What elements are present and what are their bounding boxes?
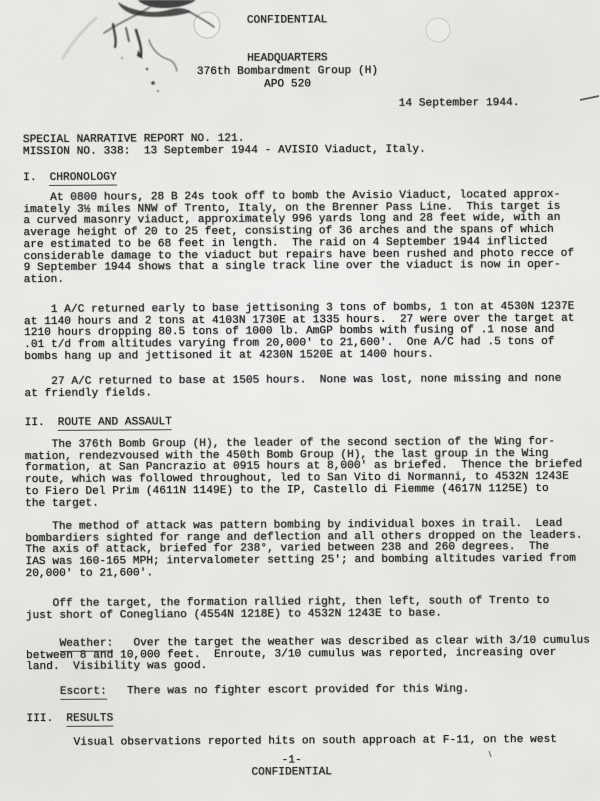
classification-text: CONFIDENTIAL [247, 14, 328, 26]
results-paragraph-1: Visual observations reported hits on sou… [27, 735, 557, 750]
date-line: 14 September 1944. [399, 98, 520, 110]
scanned-document-page: CONFIDENTIAL HEADQUARTERS 376th Bombardm… [0, 0, 600, 801]
chronology-paragraph-3: 27 A/C returned to base at 1505 hours. N… [24, 374, 561, 401]
apo-line: APO 520 [0, 78, 574, 93]
route-paragraph-2: The method of attack was pattern bombing… [25, 519, 583, 581]
classification-banner: CONFIDENTIAL [0, 14, 574, 29]
section-number: II. [25, 418, 45, 430]
route-paragraph-3: Off the target, the formation rallied ri… [26, 596, 550, 623]
weather-paragraph: Weather: Over the target the weather was… [26, 636, 590, 675]
section-title: CHRONOLOGY [49, 172, 116, 186]
section-title: ROUTE AND ASSAULT [58, 416, 172, 430]
escort-label: Escort: [60, 686, 107, 700]
section-heading-results: III.RESULTS [26, 714, 113, 726]
section-heading-chronology: I.CHRONOLOGY [23, 173, 117, 185]
section-number: III. [26, 714, 53, 726]
chronology-paragraph-1: At 0800 hours, 28 B 24s took off to bomb… [23, 190, 574, 287]
route-paragraph-1: The 376th Bomb Group (H), the leader of … [25, 437, 583, 511]
escort-paragraph: Escort: There was no fighter escort prov… [26, 684, 469, 698]
section-number: I. [23, 173, 37, 185]
typed-text-layer: CONFIDENTIAL HEADQUARTERS 376th Bombardm… [0, 0, 600, 801]
footer-classification: CONFIDENTIAL [5, 766, 579, 781]
escort-text: There was no fighter escort provided for… [107, 683, 470, 697]
section-title: RESULTS [66, 713, 113, 727]
mission-line: MISSION NO. 338: 13 September 1944 - AVI… [23, 145, 426, 159]
section-heading-route-and-assault: II.ROUTE AND ASSAULT [25, 417, 172, 430]
chronology-paragraph-2: 1 A/C returned early to base jettisoning… [24, 302, 575, 364]
